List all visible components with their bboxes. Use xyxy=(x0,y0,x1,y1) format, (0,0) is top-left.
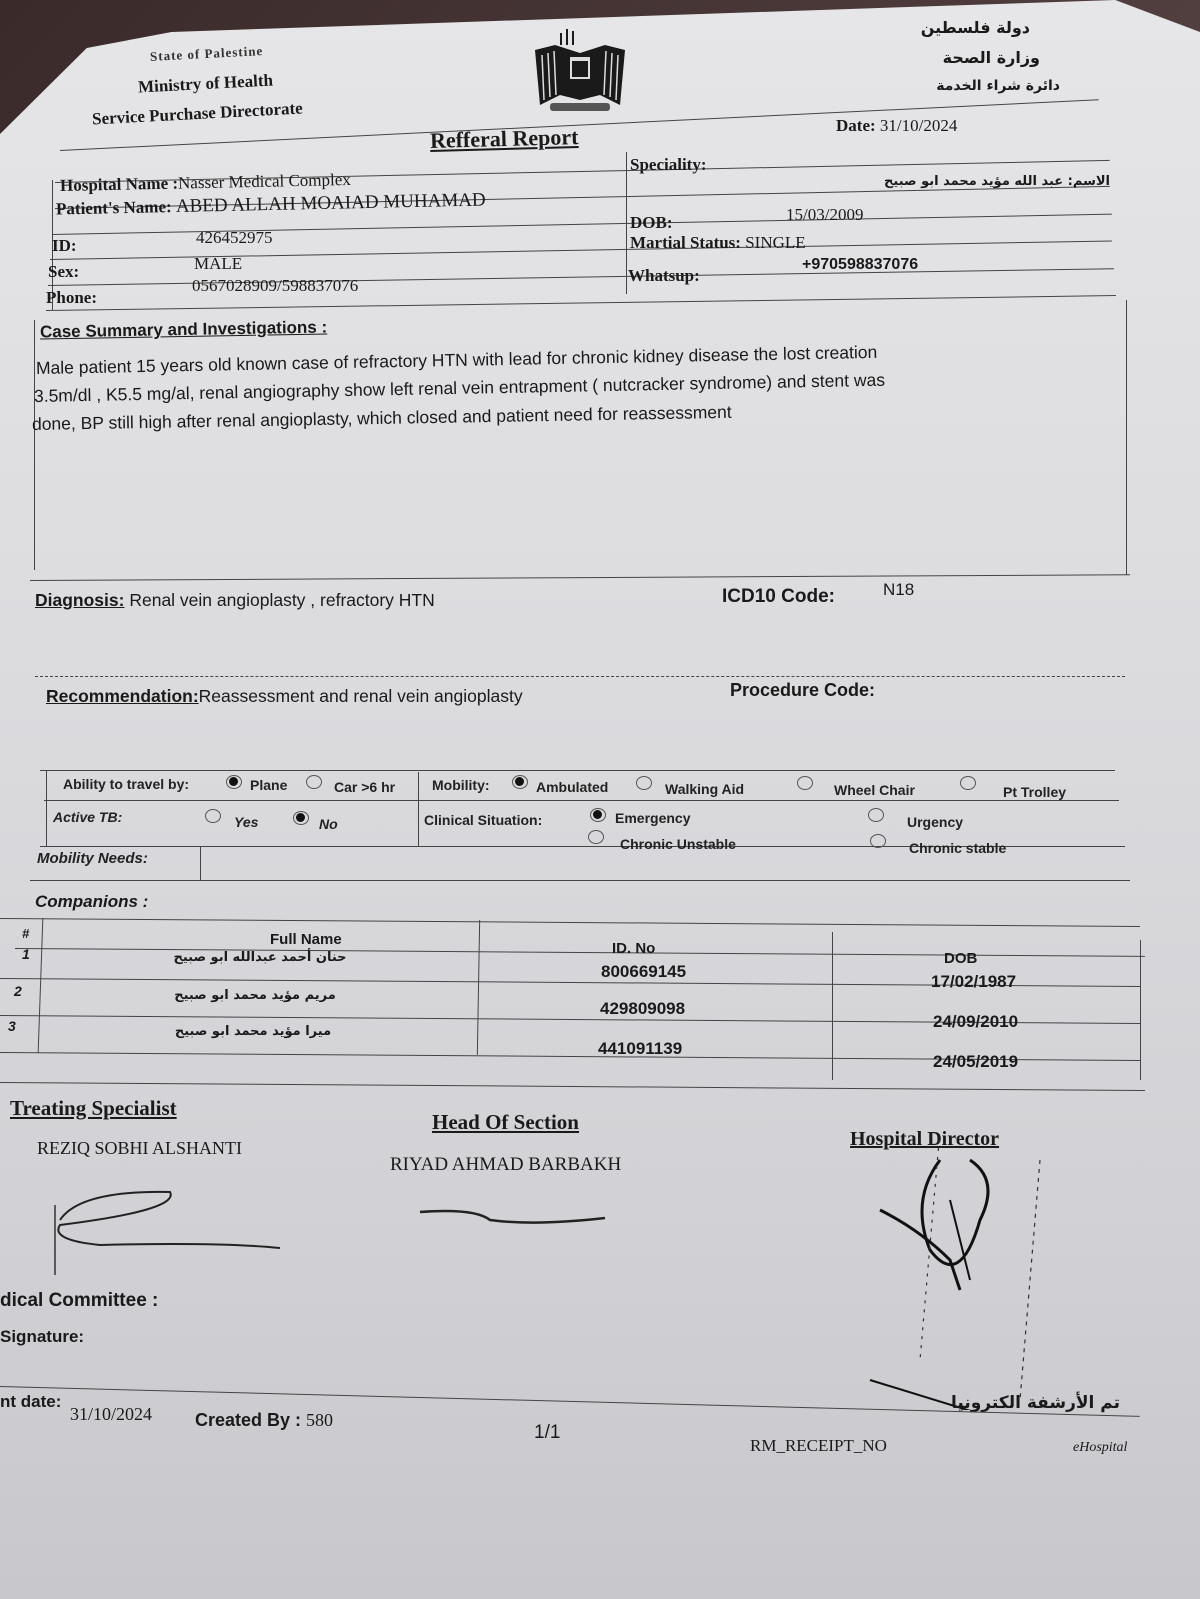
active-tb-label: Active TB: xyxy=(53,809,122,825)
companion-name: حنان أحمد عبدالله ابو صبيح xyxy=(170,950,350,965)
receipt-number-label: RM_RECEIPT_NO xyxy=(750,1436,887,1456)
tb-yes-radio[interactable] xyxy=(205,809,221,823)
clinical-emergency-radio[interactable] xyxy=(590,808,606,822)
mobility-walking-aid-label: Walking Aid xyxy=(665,781,744,797)
patient-name-ar: الاسم: عبد الله مؤيد محمد ابو صبيح xyxy=(884,174,1110,189)
whatsapp-label: Whatsup: xyxy=(628,266,700,286)
mobility-wheel-chair-label: Wheel Chair xyxy=(834,782,915,798)
clinical-emergency-label: Emergency xyxy=(615,810,690,826)
director-signature-stamp-icon xyxy=(860,1140,1080,1410)
recommendation-field: Recommendation:Reassessment and renal ve… xyxy=(46,686,523,707)
recommendation-label: Recommendation: xyxy=(46,686,199,706)
print-date-label: nt date: xyxy=(0,1392,61,1412)
companion-id: 441091139 xyxy=(598,1039,682,1059)
state-ar: دولة فلسطين xyxy=(921,18,1030,37)
created-by-value: 580 xyxy=(306,1410,333,1430)
date-value: 31/10/2024 xyxy=(880,116,957,135)
head-of-section-label: Head Of Section xyxy=(432,1110,579,1135)
travel-plane-label: Plane xyxy=(250,777,287,793)
print-date-value: 31/10/2024 xyxy=(70,1404,152,1425)
companion-id: 800669145 xyxy=(601,962,686,982)
diagnosis-label: Diagnosis: xyxy=(35,590,124,610)
procedure-code-label: Procedure Code: xyxy=(730,680,875,701)
travel-car-radio[interactable] xyxy=(306,775,322,789)
mobility-pt-trolley-label: Pt Trolley xyxy=(1003,784,1066,800)
travel-plane-radio[interactable] xyxy=(226,775,242,789)
recommendation-value: Reassessment and renal vein angioplasty xyxy=(199,686,523,706)
marital-status-field: Martial Status: SINGLE xyxy=(630,233,806,253)
diagnosis-field: Diagnosis: Renal vein angioplasty , refr… xyxy=(35,590,435,611)
head-signature-icon xyxy=(415,1200,615,1280)
companion-id: 429809098 xyxy=(600,999,685,1019)
col-number-header: # xyxy=(22,926,29,941)
tb-no-radio[interactable] xyxy=(293,811,309,825)
clinical-urgency-label: Urgency xyxy=(907,814,963,830)
phone-label: Phone: xyxy=(46,288,97,308)
page-title: Refferal Report xyxy=(430,124,579,154)
companion-dob: 24/09/2010 xyxy=(933,1012,1018,1032)
treating-signature-stamp-icon xyxy=(40,1180,290,1280)
col-dob-header: DOB xyxy=(944,950,977,967)
mobility-needs-field[interactable] xyxy=(204,848,1124,876)
clinical-urgency-radio[interactable] xyxy=(868,808,884,822)
treating-specialist-label: Treating Specialist xyxy=(10,1096,177,1121)
marital-value: SINGLE xyxy=(745,233,805,252)
eagle-emblem-icon xyxy=(530,25,630,115)
companion-dob: 24/05/2019 xyxy=(933,1052,1018,1072)
col-fullname-header: Full Name xyxy=(270,931,342,948)
clinical-chronic-stable-radio[interactable] xyxy=(870,834,886,848)
ministry-ar: وزارة الصحة xyxy=(943,48,1040,67)
col-id-header: ID. No xyxy=(612,940,655,957)
mobility-label: Mobility: xyxy=(432,777,490,793)
phone-value: 0567028909/598837076 xyxy=(192,276,358,296)
travel-car-label: Car >6 hr xyxy=(334,779,395,795)
ehospital-logo: eHospital xyxy=(1073,1440,1127,1456)
sex-label: Sex: xyxy=(48,262,79,282)
clinical-chronic-unstable-radio[interactable] xyxy=(588,830,604,844)
speciality-label: Speciality: xyxy=(630,155,707,175)
created-by-field: Created By : 580 xyxy=(195,1410,333,1431)
page-number: 1/1 xyxy=(534,1422,560,1444)
whatsapp-value: +970598837076 xyxy=(802,256,918,274)
archived-electronically-stamp: تم الأرشفة الكترونيا xyxy=(951,1393,1120,1413)
date-label: Date: xyxy=(836,116,876,135)
mobility-walking-aid-radio[interactable] xyxy=(636,776,652,790)
treating-specialist-name: REZIQ SOBHI ALSHANTI xyxy=(37,1138,242,1159)
companion-dob: 17/02/1987 xyxy=(931,972,1016,992)
dob-value: 15/03/2009 xyxy=(786,205,863,225)
dob-label: DOB: xyxy=(630,213,673,233)
icd10-value: N18 xyxy=(883,580,914,600)
tb-no-label: No xyxy=(319,816,338,832)
id-value: 426452975 xyxy=(196,228,273,248)
mobility-ambulated-label: Ambulated xyxy=(536,779,608,795)
companions-heading: Companions : xyxy=(35,892,148,912)
clinical-situation-label: Clinical Situation: xyxy=(424,812,542,828)
tb-yes-label: Yes xyxy=(234,814,258,830)
icd10-label: ICD10 Code: xyxy=(722,586,835,608)
mobility-ambulated-radio[interactable] xyxy=(512,775,528,789)
companion-name: مريم مؤيد محمد ابو صبيح xyxy=(170,988,340,1003)
companion-name: ميرا مؤيد محمد ابو صبيح xyxy=(168,1024,338,1039)
diagnosis-value: Renal vein angioplasty , refractory HTN xyxy=(129,590,434,610)
travel-label: Ability to travel by: xyxy=(63,776,189,792)
id-label: ID: xyxy=(52,236,77,256)
head-of-section-name: RIYAD AHMAD BARBAKH xyxy=(390,1154,621,1176)
report-date: Date: 31/10/2024 xyxy=(836,116,957,136)
mobility-wheel-chair-radio[interactable] xyxy=(797,776,813,790)
mobility-needs-label: Mobility Needs: xyxy=(37,850,148,867)
mobility-pt-trolley-radio[interactable] xyxy=(960,776,976,790)
hospital-name-value: Nasser Medical Complex xyxy=(178,170,351,193)
signature-label: Signature: xyxy=(0,1327,84,1347)
directorate-ar: دائرة شراء الخدمة xyxy=(936,78,1060,94)
medical-committee-label: dical Committee : xyxy=(0,1290,158,1312)
sex-value: MALE xyxy=(194,254,242,274)
